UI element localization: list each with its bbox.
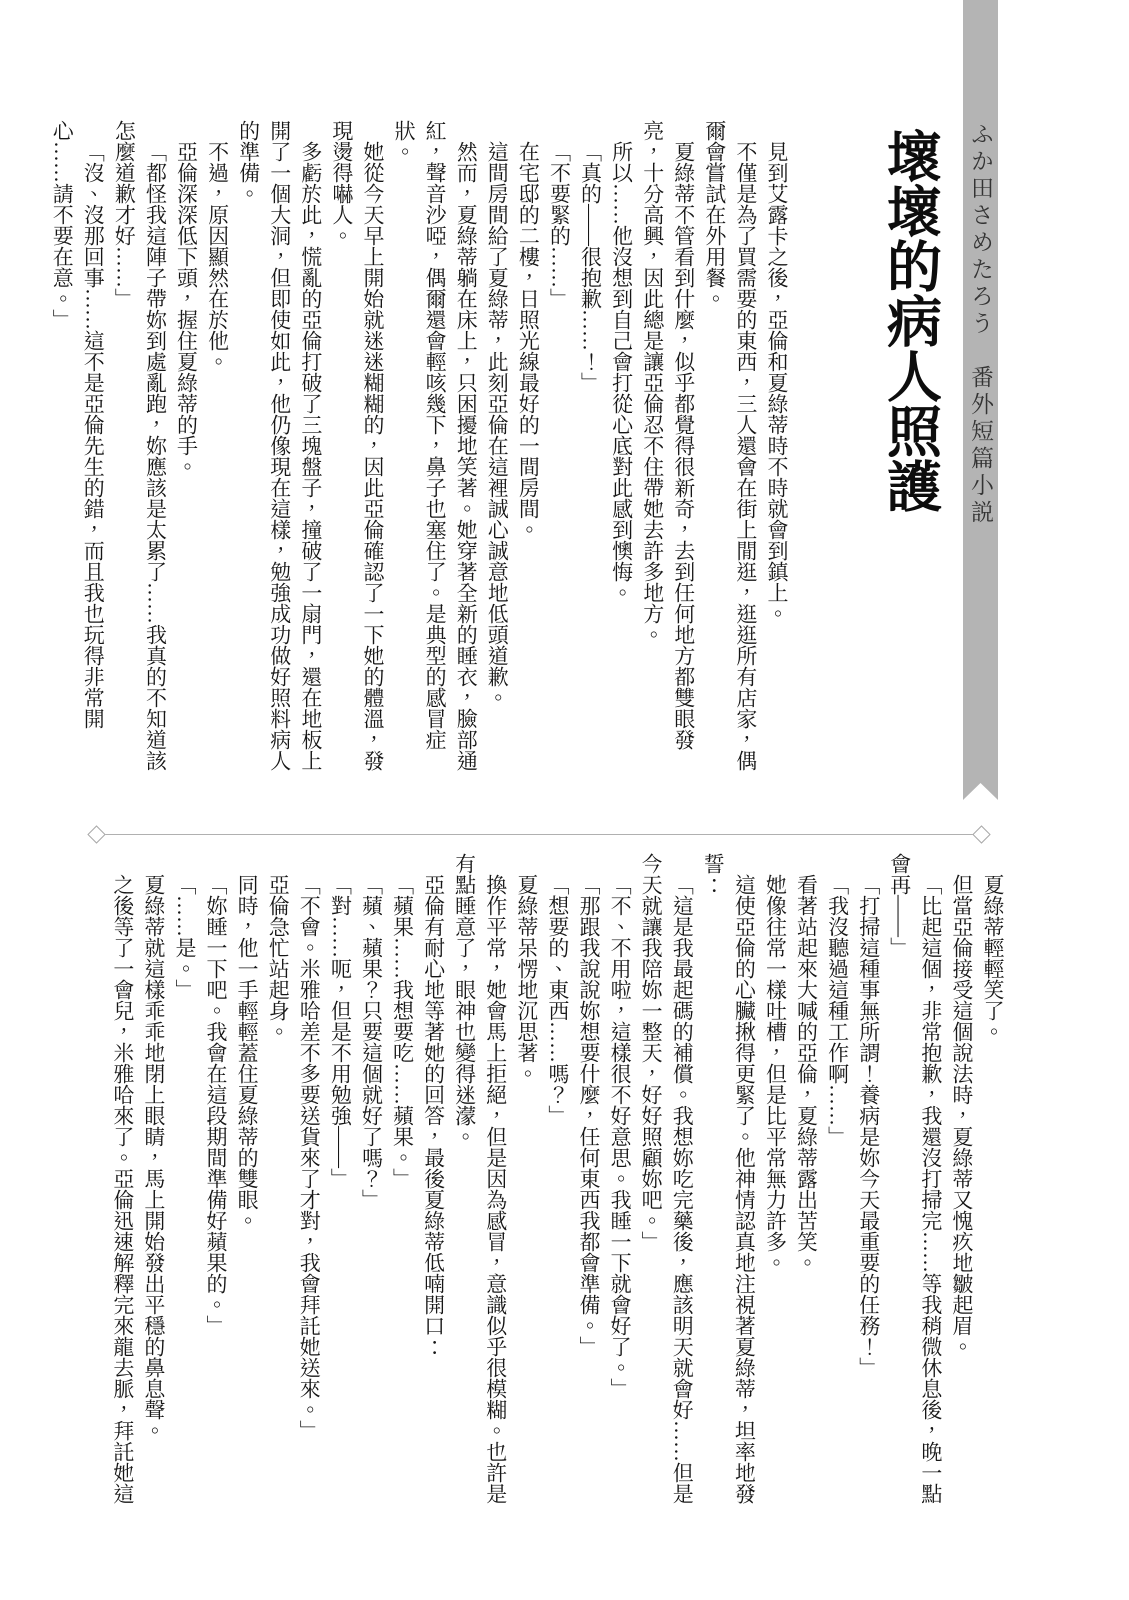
paragraph: 亞倫急忙站起身。 xyxy=(262,853,293,1513)
paragraph: 「不要緊的……」 xyxy=(543,120,574,775)
paragraph: 「都怪我這陣子帶妳到處亂跑，妳應該是太累了……我真的不知道該怎麼道歉才好……」 xyxy=(108,120,170,775)
paragraph: 不僅是為了買需要的東西，三人還會在街上閒逛，逛逛所有店家，偶爾會嘗試在外用餐。 xyxy=(699,120,761,775)
paragraph: 多虧於此，慌亂的亞倫打破了三塊盤子，撞破了一扇門，還在地板上開了一個大洞，但即使… xyxy=(233,120,326,775)
paragraph: 夏綠蒂輕輕笑了。 xyxy=(977,853,1008,1513)
paragraph: 「對……呃，但是不用勉強——」 xyxy=(324,853,355,1513)
edition-ribbon: ふか田さめたろう 番外短篇小説 xyxy=(963,0,998,800)
paragraph: 在宅邸的二樓，日照光線最好的一間房間。 xyxy=(512,120,543,775)
paragraph: 但當亞倫接受這個說法時，夏綠蒂又愧疚地皺起眉。 xyxy=(946,853,977,1513)
paragraph: 「不會。米雅哈差不多要送貨來了才對，我會拜託她送來。」 xyxy=(293,853,324,1513)
story-text-bottom-section: 夏綠蒂輕輕笑了。但當亞倫接受這個說法時，夏綠蒂又愧疚地皺起眉。「比起這個，非常抱… xyxy=(88,853,1008,1513)
paragraph: 「想要的、東西……嗎？」 xyxy=(542,853,573,1513)
paragraph: 「比起這個，非常抱歉，我還沒打掃完……等我稍微休息後，晚一點會再——」 xyxy=(884,853,946,1513)
paragraph: 見到艾露卡之後，亞倫和夏綠蒂時不時就會到鎮上。 xyxy=(761,120,792,775)
paragraph: 「那跟我說說妳想要什麼，任何東西我都會準備。」 xyxy=(573,853,604,1513)
paragraph: 她像往常一樣吐槽，但是比平常無力許多。 xyxy=(759,853,790,1513)
divider-diamond-left-icon xyxy=(87,825,105,843)
paragraph: 看著站起來大喊的亞倫，夏綠蒂露出苦笑。 xyxy=(790,853,821,1513)
paragraph: 這使亞倫的心臟揪得更緊了。他神情認真地注視著夏綠蒂，坦率地發誓： xyxy=(697,853,759,1513)
paragraph: 然而，夏綠蒂躺在床上，只困擾地笑著。她穿著全新的睡衣，臉部通紅，聲音沙啞，偶爾還… xyxy=(388,120,481,775)
section-divider xyxy=(97,834,981,835)
paragraph: 這間房間給了夏綠蒂，此刻亞倫在這裡誠心誠意地低頭道歉。 xyxy=(481,120,512,775)
paragraph: 「……是。」 xyxy=(169,853,200,1513)
novel-page: ふか田さめたろう 番外短篇小説 壞壞的病人照護 見到艾露卡之後，亞倫和夏綠蒂時不… xyxy=(0,0,1129,1600)
paragraph: 夏綠蒂不管看到什麼，似乎都覺得很新奇，去到任何地方都雙眼發亮，十分高興，因此總是… xyxy=(637,120,699,775)
paragraph: 「沒、沒那回事……這不是亞倫先生的錯，而且我也玩得非常開心……請不要在意。」 xyxy=(46,120,108,775)
paragraph: 之後等了一會兒，米雅哈來了。亞倫迅速解釋完來龍去脈，拜託她這 xyxy=(107,853,138,1513)
paragraph: 夏綠蒂就這樣乖乖地閉上眼睛，馬上開始發出平穩的鼻息聲。 xyxy=(138,853,169,1513)
story-text-top-section: 見到艾露卡之後，亞倫和夏綠蒂時不時就會到鎮上。不僅是為了買需要的東西，三人還會在… xyxy=(62,120,792,775)
paragraph: 同時，他一手輕輕蓋住夏綠蒂的雙眼。 xyxy=(231,853,262,1513)
paragraph: 換作平常，她會馬上拒絕，但是因為感冒，意識似乎很模糊。也許是有點睡意了，眼神也變… xyxy=(449,853,511,1513)
paragraph: 所以……他沒想到自己會打從心底對此感到懊悔。 xyxy=(606,120,637,775)
paragraph: 「不、不用啦，這樣很不好意思。我睡一下就會好了。」 xyxy=(604,853,635,1513)
paragraph: 「我沒聽過這種工作啊……」 xyxy=(822,853,853,1513)
paragraph: 亞倫有耐心地等著她的回答，最後夏綠蒂低喃開口： xyxy=(418,853,449,1513)
paragraph: 夏綠蒂呆愣地沉思著。 xyxy=(511,853,542,1513)
paragraph: 她從今天早上開始就迷迷糊糊的，因此亞倫確認了一下她的體溫，發現燙得嚇人。 xyxy=(326,120,388,775)
paragraph: 「蘋、蘋果？只要這個就好了嗎？」 xyxy=(355,853,386,1513)
paragraph: 「這是我最起碼的補償。我想妳吃完藥後，應該明天就會好……但是今天就讓我陪妳一整天… xyxy=(635,853,697,1513)
paragraph: 「真的——很抱歉……！」 xyxy=(574,120,605,775)
paragraph: 亞倫深深低下頭，握住夏綠蒂的手。 xyxy=(170,120,201,775)
ribbon-credit-text: ふか田さめたろう 番外短篇小説 xyxy=(964,122,997,527)
paragraph: 「妳睡一下吧。我會在這段期間準備好蘋果的。」 xyxy=(200,853,231,1513)
divider-diamond-right-icon xyxy=(972,825,990,843)
paragraph: 「打掃這種事無所謂！養病是妳今天最重要的任務！」 xyxy=(853,853,884,1513)
paragraph: 不過，原因顯然在於他。 xyxy=(202,120,233,775)
paragraph: 「蘋果……我想要吃……蘋果。」 xyxy=(386,853,417,1513)
story-title: 壞壞的病人照護 xyxy=(882,128,937,513)
